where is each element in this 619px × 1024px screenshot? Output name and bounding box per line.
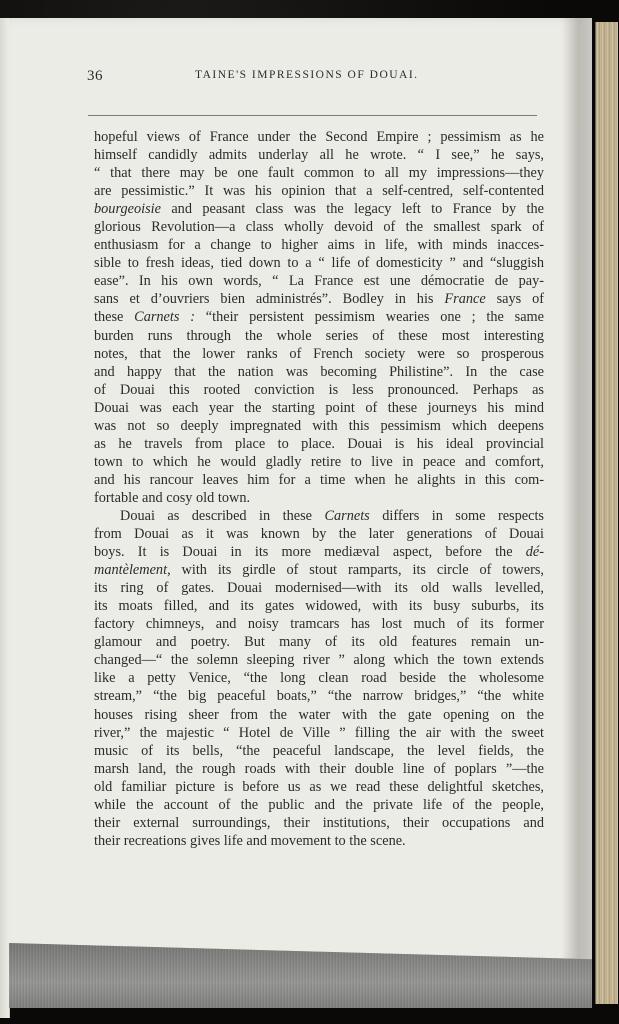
- text-line: glamour and poetry. But many of its old …: [94, 633, 544, 651]
- paragraph: hopeful views of France under the Second…: [94, 128, 544, 507]
- text-line: fortable and cosy old town.: [94, 489, 544, 507]
- text-line: boys. It is Douai in its more mediæval a…: [94, 543, 544, 561]
- text-run: are pessimistic.” It was his opinion tha…: [94, 183, 544, 199]
- text-run: enthusiasm for a change to higher aims i…: [94, 237, 544, 253]
- text-line: ease”. In his own words, “ La France est…: [94, 272, 544, 290]
- text-line: notes, that the lower ranks of French so…: [94, 345, 544, 363]
- text-line: are pessimistic.” It was his opinion tha…: [94, 182, 544, 200]
- text-run: was not so deeply impregnated with this …: [94, 418, 544, 434]
- text-line: its moats filled, and its gates widowed,…: [94, 597, 544, 615]
- text-run: from Douai as it was known by the later …: [94, 526, 544, 542]
- text-line: of Douai this rooted conviction is less …: [94, 381, 544, 399]
- italic-text: Carnets :: [134, 309, 195, 325]
- text-run: river,” the majestic “ Hotel de Ville ” …: [94, 725, 544, 741]
- gutter-shadow: [562, 18, 592, 1008]
- text-line: sans et d’ouvriers bien administrés”. Bo…: [94, 290, 544, 308]
- text-run: as he travels from place to place. Douai…: [94, 436, 544, 452]
- paragraph: Douai as described in these Carnets diff…: [94, 507, 544, 850]
- text-run: stream,” “the big peaceful boats,” “the …: [94, 688, 544, 704]
- text-line: like a petty Venice, “the long clean roa…: [94, 669, 544, 687]
- text-run: ease”. In his own words, “ La France est…: [94, 273, 544, 289]
- text-line: and his rancour leaves him for a time wh…: [94, 471, 544, 489]
- text-run: glamour and poetry. But many of its old …: [94, 634, 544, 650]
- text-line: Douai was each year the starting point o…: [94, 399, 544, 417]
- text-line: sible to fresh ideas, tied down to a “ l…: [94, 254, 544, 272]
- text-line: glorious Revolution—a class wholly devoi…: [94, 218, 544, 236]
- text-run: “their persistent pessimism wearies one …: [195, 309, 544, 325]
- text-line: mantèlement, with its girdle of stout ra…: [94, 561, 544, 579]
- italic-text: dé-: [526, 544, 544, 560]
- bottom-scan-shadow: [9, 943, 592, 1008]
- text-run: hopeful views of France under the Second…: [94, 129, 544, 145]
- text-line: enthusiasm for a change to higher aims i…: [94, 236, 544, 254]
- text-run: its ring of gates. Douai modernised—with…: [94, 580, 544, 596]
- text-line: hopeful views of France under the Second…: [94, 128, 544, 146]
- text-line: marsh land, the rough roads with their d…: [94, 760, 544, 778]
- body-text: hopeful views of France under the Second…: [94, 128, 544, 850]
- text-line: town to which he would gladly retire to …: [94, 453, 544, 471]
- text-line: as he travels from place to place. Douai…: [94, 435, 544, 453]
- text-run: fortable and cosy old town.: [94, 490, 250, 506]
- text-run: and peasant class was the legacy left to…: [161, 201, 544, 217]
- text-run: these: [94, 309, 134, 325]
- text-run: town to which he would gladly retire to …: [94, 454, 544, 470]
- text-line: river,” the majestic “ Hotel de Ville ” …: [94, 724, 544, 742]
- text-run: “ that there may be one fault common to …: [94, 165, 544, 181]
- italic-text: bourgeoisie: [94, 201, 161, 217]
- text-run: like a petty Venice, “the long clean roa…: [94, 670, 544, 686]
- text-line: factory chimneys, and noisy tramcars has…: [94, 615, 544, 633]
- text-run: their recreations gives life and movemen…: [94, 833, 406, 849]
- text-line: their recreations gives life and movemen…: [94, 832, 544, 850]
- text-run: of Douai this rooted conviction is less …: [94, 382, 544, 398]
- text-run: old familiar picture is before us as we …: [94, 779, 544, 795]
- header-rule: [88, 115, 537, 116]
- text-run: boys. It is Douai in its more mediæval a…: [94, 544, 526, 560]
- text-run: Douai was each year the starting point o…: [94, 400, 544, 416]
- text-line: these Carnets : “their persistent pessim…: [94, 308, 544, 326]
- text-line: their external surroundings, their insti…: [94, 814, 544, 832]
- text-run: says of: [486, 291, 544, 307]
- text-run: and happy that the nation was becoming P…: [94, 364, 544, 380]
- text-run: sans et d’ouvriers bien administrés”. Bo…: [94, 291, 444, 307]
- text-run: himself candidly admits underlay all he …: [94, 147, 544, 163]
- text-run: marsh land, the rough roads with their d…: [94, 761, 544, 777]
- text-line: bourgeoisie and peasant class was the le…: [94, 200, 544, 218]
- text-run: and his rancour leaves him for a time wh…: [94, 472, 544, 488]
- text-run: Douai as described in these: [120, 508, 324, 524]
- text-line: from Douai as it was known by the later …: [94, 525, 544, 543]
- text-run: their external surroundings, their insti…: [94, 815, 544, 831]
- text-run: houses rising sheer from the water with …: [94, 707, 544, 723]
- text-line: Douai as described in these Carnets diff…: [94, 507, 544, 525]
- text-run: sible to fresh ideas, tied down to a “ l…: [94, 255, 544, 271]
- text-line: stream,” “the big peaceful boats,” “the …: [94, 687, 544, 705]
- italic-text: Carnets: [324, 508, 369, 524]
- text-line: “ that there may be one fault common to …: [94, 164, 544, 182]
- text-run: , with its girdle of stout ramparts, its…: [167, 562, 544, 578]
- text-line: music of its bells, “the peaceful landsc…: [94, 742, 544, 760]
- text-run: notes, that the lower ranks of French so…: [94, 346, 544, 362]
- text-run: music of its bells, “the peaceful landsc…: [94, 743, 544, 759]
- text-run: glorious Revolution—a class wholly devoi…: [94, 219, 544, 235]
- text-line: and happy that the nation was becoming P…: [94, 363, 544, 381]
- book-page-edges: [595, 22, 618, 1004]
- text-line: houses rising sheer from the water with …: [94, 706, 544, 724]
- text-line: changed—“ the solemn sleeping river ” al…: [94, 651, 544, 669]
- italic-text: mantèlement: [94, 562, 167, 578]
- running-head: TAINE'S IMPRESSIONS OF DOUAI.: [195, 69, 419, 81]
- page-header: 36 TAINE'S IMPRESSIONS OF DOUAI.: [87, 66, 545, 90]
- text-line: its ring of gates. Douai modernised—with…: [94, 579, 544, 597]
- text-line: old familiar picture is before us as we …: [94, 778, 544, 796]
- page-number: 36: [87, 68, 103, 85]
- text-run: factory chimneys, and noisy tramcars has…: [94, 616, 544, 632]
- text-run: differs in some respects: [370, 508, 544, 524]
- text-line: was not so deeply impregnated with this …: [94, 417, 544, 435]
- text-line: burden runs through the whole series of …: [94, 327, 544, 345]
- text-line: himself candidly admits underlay all he …: [94, 146, 544, 164]
- text-run: while the account of the public and the …: [94, 797, 544, 813]
- text-run: changed—“ the solemn sleeping river ” al…: [94, 652, 544, 668]
- text-run: its moats filled, and its gates widowed,…: [94, 598, 544, 614]
- text-line: while the account of the public and the …: [94, 796, 544, 814]
- text-run: burden runs through the whole series of …: [94, 328, 544, 344]
- italic-text: France: [444, 291, 485, 307]
